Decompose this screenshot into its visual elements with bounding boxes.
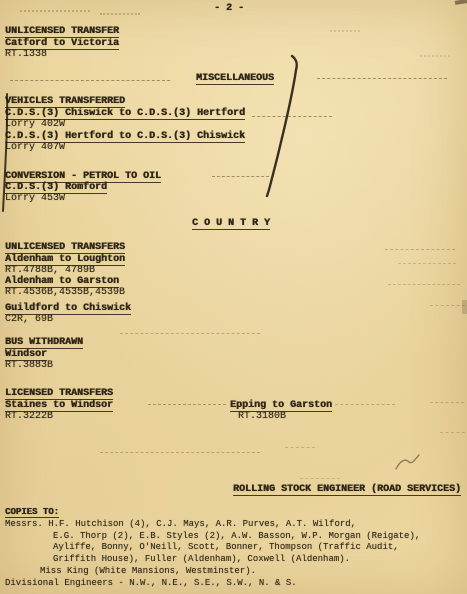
vehicles-lorry-453w: Lorry 453W (5, 193, 65, 204)
smudge (20, 10, 90, 12)
vehicles-rt4788b: RT.4788B, 4789B (5, 265, 95, 276)
smudge (398, 263, 456, 264)
copies-line: Ayliffe, Bonny, O'Neill, Scott, Bonner, … (53, 542, 399, 552)
copies-line-divisional-engineers: Divisional Engineers - N.W., N.E., S.E.,… (5, 578, 297, 588)
copies-line: Messrs. H.F. Hutchison (4), C.J. Mays, A… (5, 519, 356, 529)
smudge (10, 80, 170, 81)
smudge (100, 13, 140, 15)
smudge (120, 333, 260, 334)
smudge (212, 176, 274, 177)
smudge (252, 116, 332, 117)
section-heading-country: C O U N T R Y (192, 218, 270, 230)
smudge (330, 30, 360, 32)
vehicles-rt3180b: RT.3180B (238, 411, 286, 422)
pen-squiggle-small (396, 455, 419, 469)
smudge (335, 404, 395, 405)
scan-edge-mark (462, 300, 467, 314)
vehicles-rt3883b: RT.3883B (5, 360, 53, 371)
vehicles-rt1338: RT.1338 (5, 49, 47, 60)
smudge (440, 432, 465, 433)
copies-line: Griffith House), Fuller (Aldenham), Coxw… (53, 554, 350, 564)
section-heading-unlicensed-transfers: UNLICENSED TRANSFERS (5, 242, 125, 254)
smudge (300, 478, 340, 479)
section-heading-unlicensed-transfer: UNLICENSED TRANSFER (5, 26, 119, 38)
vehicles-rt4536b: RT.4536B,4535B,4539B (5, 287, 125, 298)
vehicles-c2r-69b: C2R, 69B (5, 314, 53, 325)
smudge (430, 402, 464, 403)
copies-line: E.G. Thorp (2), E.B. Styles (2), A.W. Ba… (53, 531, 420, 541)
vehicles-lorry-402w: Lorry 402W (5, 119, 65, 130)
smudge (285, 447, 315, 448)
section-heading-vehicles-transferred: VEHICLES TRANSFERRED (5, 96, 125, 108)
smudge (430, 305, 465, 306)
vehicles-lorry-407w: Lorry 407W (5, 142, 65, 153)
smudge (100, 452, 260, 453)
copies-to-heading: COPIES TO: (5, 507, 59, 518)
signature-rolling-stock-engineer: ROLLING STOCK ENGINEER (ROAD SERVICES) (233, 484, 461, 496)
smudge (148, 404, 226, 405)
scanned-document-page: - 2 - UNLICENSED TRANSFER Catford to Vic… (0, 0, 467, 594)
scan-edge-mark (455, 0, 467, 5)
section-heading-bus-withdrawn: BUS WITHDRAWN (5, 337, 83, 349)
section-heading-licensed-transfers: LICENSED TRANSFERS (5, 388, 113, 400)
copies-line: Miss King (White Mansions, Westminster). (40, 566, 256, 576)
section-heading-miscellaneous: MISCELLANEOUS (196, 73, 274, 85)
vehicles-rt3222b: RT.3222B (5, 411, 53, 422)
smudge (385, 249, 455, 250)
smudge (420, 55, 450, 57)
smudge (388, 284, 460, 285)
smudge (317, 78, 447, 79)
page-number: - 2 - (214, 3, 244, 14)
